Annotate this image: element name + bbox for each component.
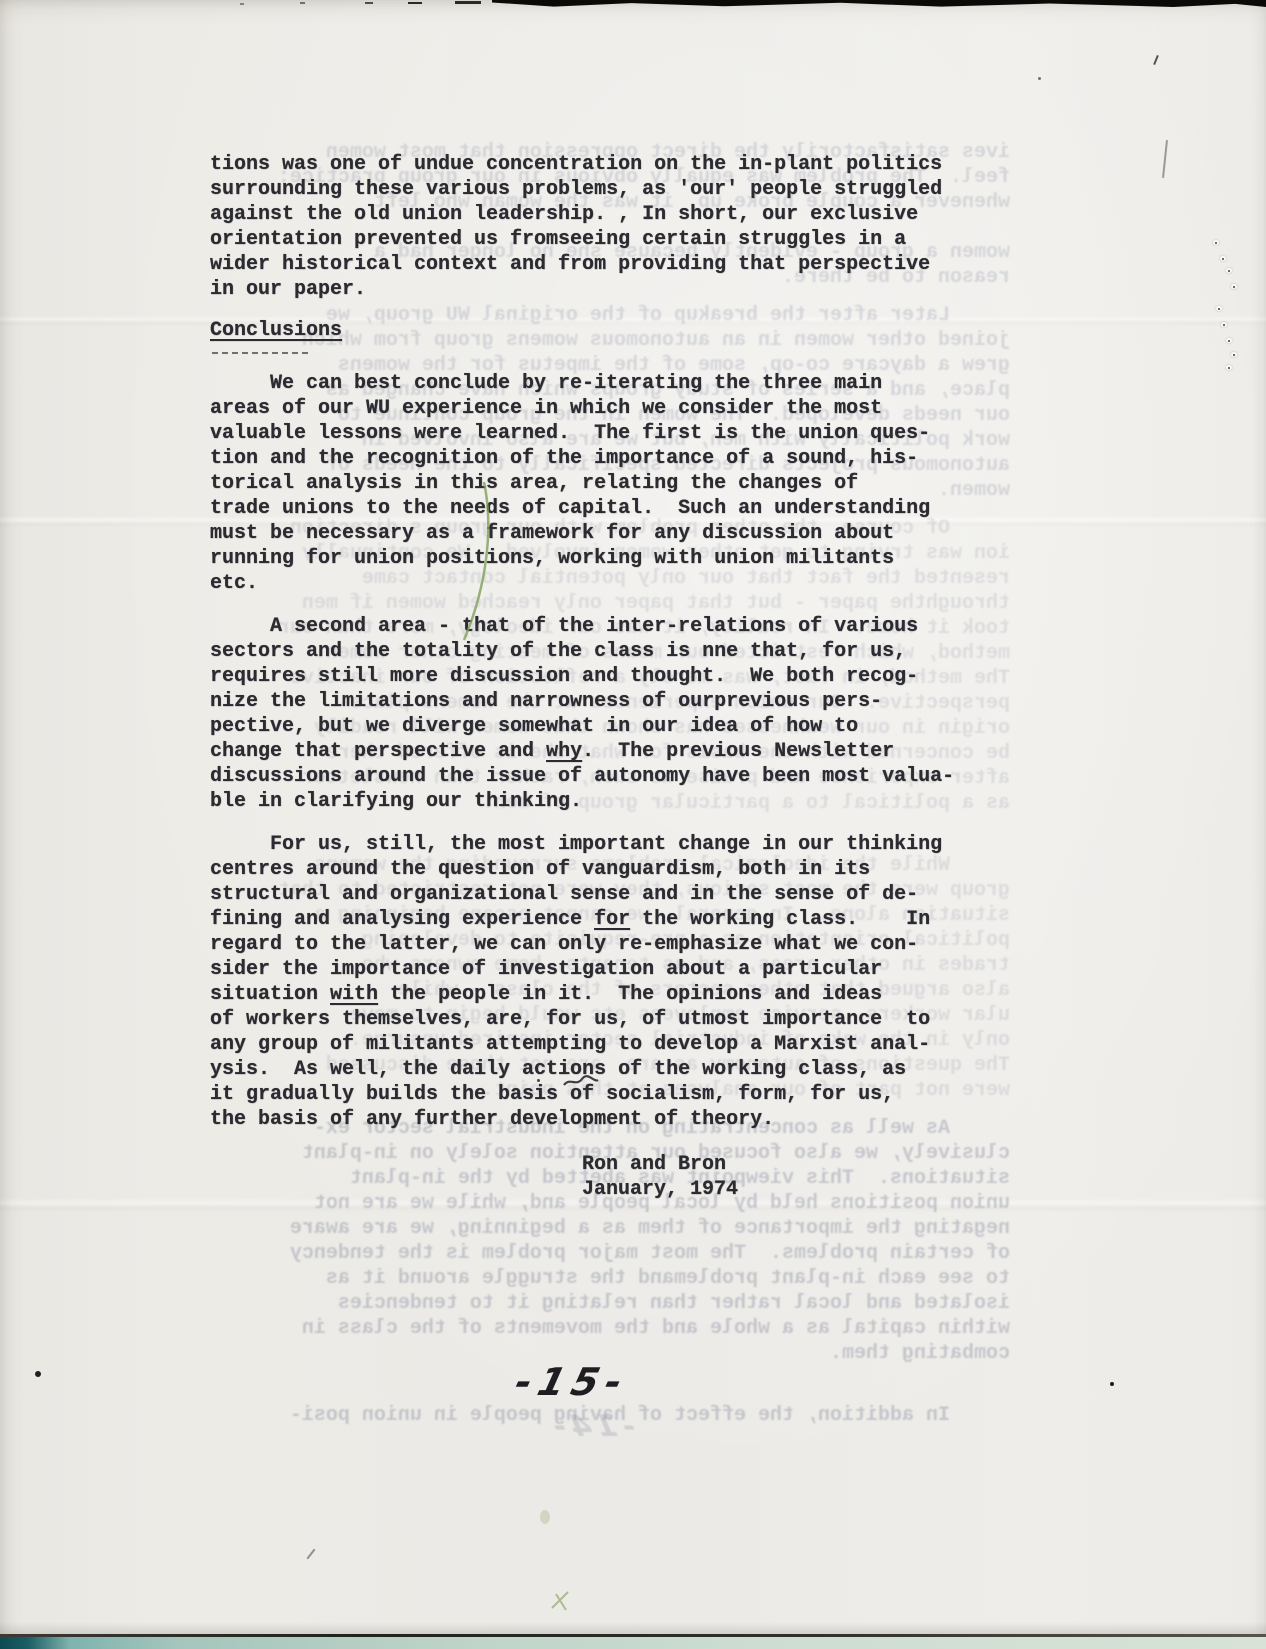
bleedthrough-line: isolated and local rather than relating … — [338, 1291, 1010, 1316]
heading-conclusions: Conclusions — [210, 318, 342, 343]
bleedthrough-line: women. — [938, 478, 1010, 503]
text-line: regard to the latter, we can only re-emp… — [210, 932, 942, 957]
text-line: sectors and the totality of the class is… — [210, 639, 954, 664]
text-line: must be necessary as a framework for any… — [210, 521, 930, 546]
correction-squiggle — [562, 1074, 600, 1090]
text-line: We can best conclude by re-iterating the… — [210, 371, 930, 396]
green-blot — [540, 1510, 550, 1524]
text-line: against the old union leadership. , In s… — [210, 202, 942, 227]
text-line: pective, but we diverge somewhat in our … — [210, 714, 954, 739]
text-line: situation with the people in it. The opi… — [210, 982, 942, 1007]
text-line: trade unions to the needs of capital. Su… — [210, 496, 930, 521]
text-line: any group of militants attempting to dev… — [210, 1032, 942, 1057]
edge-wisp — [1162, 140, 1168, 178]
green-scratch — [548, 1588, 574, 1614]
text-line: in our paper. — [210, 277, 942, 302]
text-line: torical analysis in this area, relating … — [210, 471, 930, 496]
text-line: structural and organizational sense and … — [210, 882, 942, 907]
ink-dot-left — [35, 1371, 41, 1377]
edge-dash — [240, 3, 244, 5]
text-line: fining and analysing experience for the … — [210, 907, 942, 932]
green-streak — [450, 478, 520, 648]
text-line: sider the importance of investigation ab… — [210, 957, 942, 982]
paragraph-3: A second area - that of the inter-relati… — [210, 614, 954, 814]
text-line: etc. — [210, 571, 930, 596]
stray-ink-dot — [537, 1079, 540, 1082]
text-line: centres around the question of vanguardi… — [210, 857, 942, 882]
text-line: nize the limitations and narrowness of o… — [210, 689, 954, 714]
text-line: For us, still, the most important change… — [210, 832, 942, 857]
ink-dot-right — [1110, 1382, 1114, 1386]
bleedthrough-line: within capital as a whole and the moveme… — [302, 1316, 1010, 1341]
tiny-dot — [1038, 77, 1041, 80]
scanner-bed-band — [0, 1637, 1266, 1649]
scanned-page: ives satisfactorily the direct oppressio… — [0, 0, 1266, 1649]
bleedthrough-line: combating them. — [830, 1341, 1010, 1366]
page-number: -15- — [511, 1362, 633, 1402]
text-line: the basis of any further development of … — [210, 1107, 942, 1132]
text-line: of workers themselves, are, for us, of u… — [210, 1007, 942, 1032]
text-line: surrounding these various problems, as '… — [210, 177, 942, 202]
edge-tick — [1153, 55, 1159, 65]
text-line: Ron and Bron — [582, 1152, 738, 1177]
bottom-edge-shadow — [0, 1622, 1266, 1634]
paragraph-1: tions was one of undue concentration on … — [210, 152, 942, 302]
text-line: ble in clarifying our thinking. — [210, 789, 954, 814]
edge-dash — [455, 1, 481, 4]
bleedthrough-page-number: -14- — [545, 1412, 638, 1442]
bleedthrough-line: of certain problems. The most major prob… — [290, 1241, 1010, 1266]
edge-dash — [365, 2, 373, 4]
bleedthrough-line: joined other women in an autonomous wome… — [302, 328, 1010, 353]
bleedthrough-line: Later after the breakup of the original … — [326, 303, 1010, 328]
text-line: Conclusions — [210, 318, 342, 343]
text-line: areas of our WU experience in which we c… — [210, 396, 930, 421]
text-line: running for union positions, working wit… — [210, 546, 930, 571]
paragraph-2: We can best conclude by re-iterating the… — [210, 371, 930, 596]
text-line: valuable lessons were learned. The first… — [210, 421, 930, 446]
bleedthrough-line: negating the importance of them as a beg… — [290, 1216, 1010, 1241]
text-line: A second area - that of the inter-relati… — [210, 614, 954, 639]
edge-dash — [408, 2, 422, 4]
text-line: orientation prevented us fromseeing cert… — [210, 227, 942, 252]
bleedthrough-line: to see each in-plant problemand the stru… — [326, 1266, 1010, 1291]
text-line: requires still more discussion and thoug… — [210, 664, 954, 689]
signature: Ron and BronJanuary, 1974 — [582, 1152, 738, 1202]
bleedthrough-line: In addition, the effect of having people… — [290, 1403, 1010, 1428]
text-line: wider historical context and from provid… — [210, 252, 942, 277]
text-line: discussions around the issue of autonomy… — [210, 764, 954, 789]
text-line: tion and the recognition of the importan… — [210, 446, 930, 471]
heading-underline-dashes — [212, 352, 308, 354]
text-line: January, 1974 — [582, 1177, 738, 1202]
text-line: tions was one of undue concentration on … — [210, 152, 942, 177]
edge-dash — [300, 2, 305, 4]
text-line: change that perspective and why. The pre… — [210, 739, 954, 764]
